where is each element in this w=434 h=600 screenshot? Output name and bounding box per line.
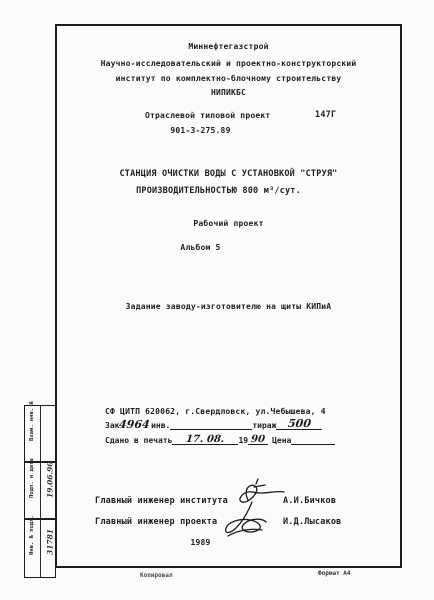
print-label: Сдано в печать xyxy=(105,436,172,445)
year-underline: 90 xyxy=(248,435,268,445)
price-label: Цена xyxy=(272,436,291,445)
podp-data-label: Подп. и дата xyxy=(29,484,35,498)
project-type-label: Отраслевой типовой проект xyxy=(145,111,270,120)
inventory-label: инв. xyxy=(151,421,170,430)
chief-engineer-institute-label: Главный инженер института xyxy=(95,496,228,506)
tirazh-label: тираж xyxy=(252,421,276,430)
print-date-underline: 17. 08. xyxy=(172,435,238,445)
tirazh-line: 500 xyxy=(276,419,322,430)
year-prefix: 19 xyxy=(238,436,248,445)
order-label: Зак xyxy=(105,421,119,430)
album-number: Альбом 5 xyxy=(29,243,372,252)
year-suffix-handwritten: 90 xyxy=(251,435,266,444)
project-code: 147Г xyxy=(315,110,336,120)
vzam-inv-label: Взам. инв. № xyxy=(29,427,35,441)
stamp-box-divider xyxy=(40,519,41,577)
institute-abbreviation: НИПИКБС xyxy=(57,88,400,97)
project-stage: Рабочий проект xyxy=(57,219,400,228)
inv-podl-label: Инв. № подл. xyxy=(29,541,35,555)
project-title-line2: ПРОИЗВОДИТЕЛЬНОСТЬЮ 800 м³/сут. xyxy=(47,186,390,196)
stamp-box-vzam-inv: Взам. инв. № xyxy=(24,405,56,463)
sheet-format-label: Формат А4 xyxy=(318,570,351,577)
copied-by-label: Копировал xyxy=(140,572,173,579)
stamp-box-divider xyxy=(40,406,41,462)
institute-name-line1: Научно-исследовательский и проектно-конс… xyxy=(57,59,400,68)
document-year: 1989 xyxy=(29,538,372,547)
scanned-title-page: Миннефтегазстрой Научно-исследовательски… xyxy=(0,0,434,600)
document-subject: Задание заводу-изготовителю на щиты КИПи… xyxy=(57,302,400,311)
price-blank-line xyxy=(291,444,335,445)
chief-engineer-project-label: Главный инженер проекта xyxy=(95,517,217,527)
project-title-line1: СТАНЦИЯ ОЧИСТКИ ВОДЫ С УСТАНОВКОЙ "СТРУЯ… xyxy=(57,169,400,179)
podp-data-value-handwritten: 19.06.90 xyxy=(46,484,55,498)
publisher-address: СФ ЦИТП 620062, г.Свердловск, ул.Чебышев… xyxy=(105,407,326,416)
order-value-handwritten: 4964 xyxy=(119,418,151,431)
ministry-name: Миннефтегазстрой xyxy=(57,42,400,51)
inv-podl-value-handwritten: 31781 xyxy=(46,541,55,555)
tirazh-value-handwritten: 500 xyxy=(287,419,311,428)
stamp-box-podp-data: Подп. и дата 19.06.90 xyxy=(24,461,56,520)
inventory-blank-line xyxy=(170,420,252,430)
project-number: 901-3-275.89 xyxy=(29,126,372,135)
order-line: Зак 4964 инв. тираж 500 xyxy=(105,417,322,430)
institute-name-line2: институт по комплектно-блочному строител… xyxy=(57,74,400,83)
stamp-box-inv-podl: Инв. № подл. 31781 xyxy=(24,518,56,578)
signature-scribble xyxy=(218,478,293,540)
stamp-box-divider xyxy=(40,462,41,519)
print-date-line: Сдано в печать 17. 08. 19 90 Цена xyxy=(105,432,335,445)
print-date-handwritten: 17. 08. xyxy=(186,435,225,444)
